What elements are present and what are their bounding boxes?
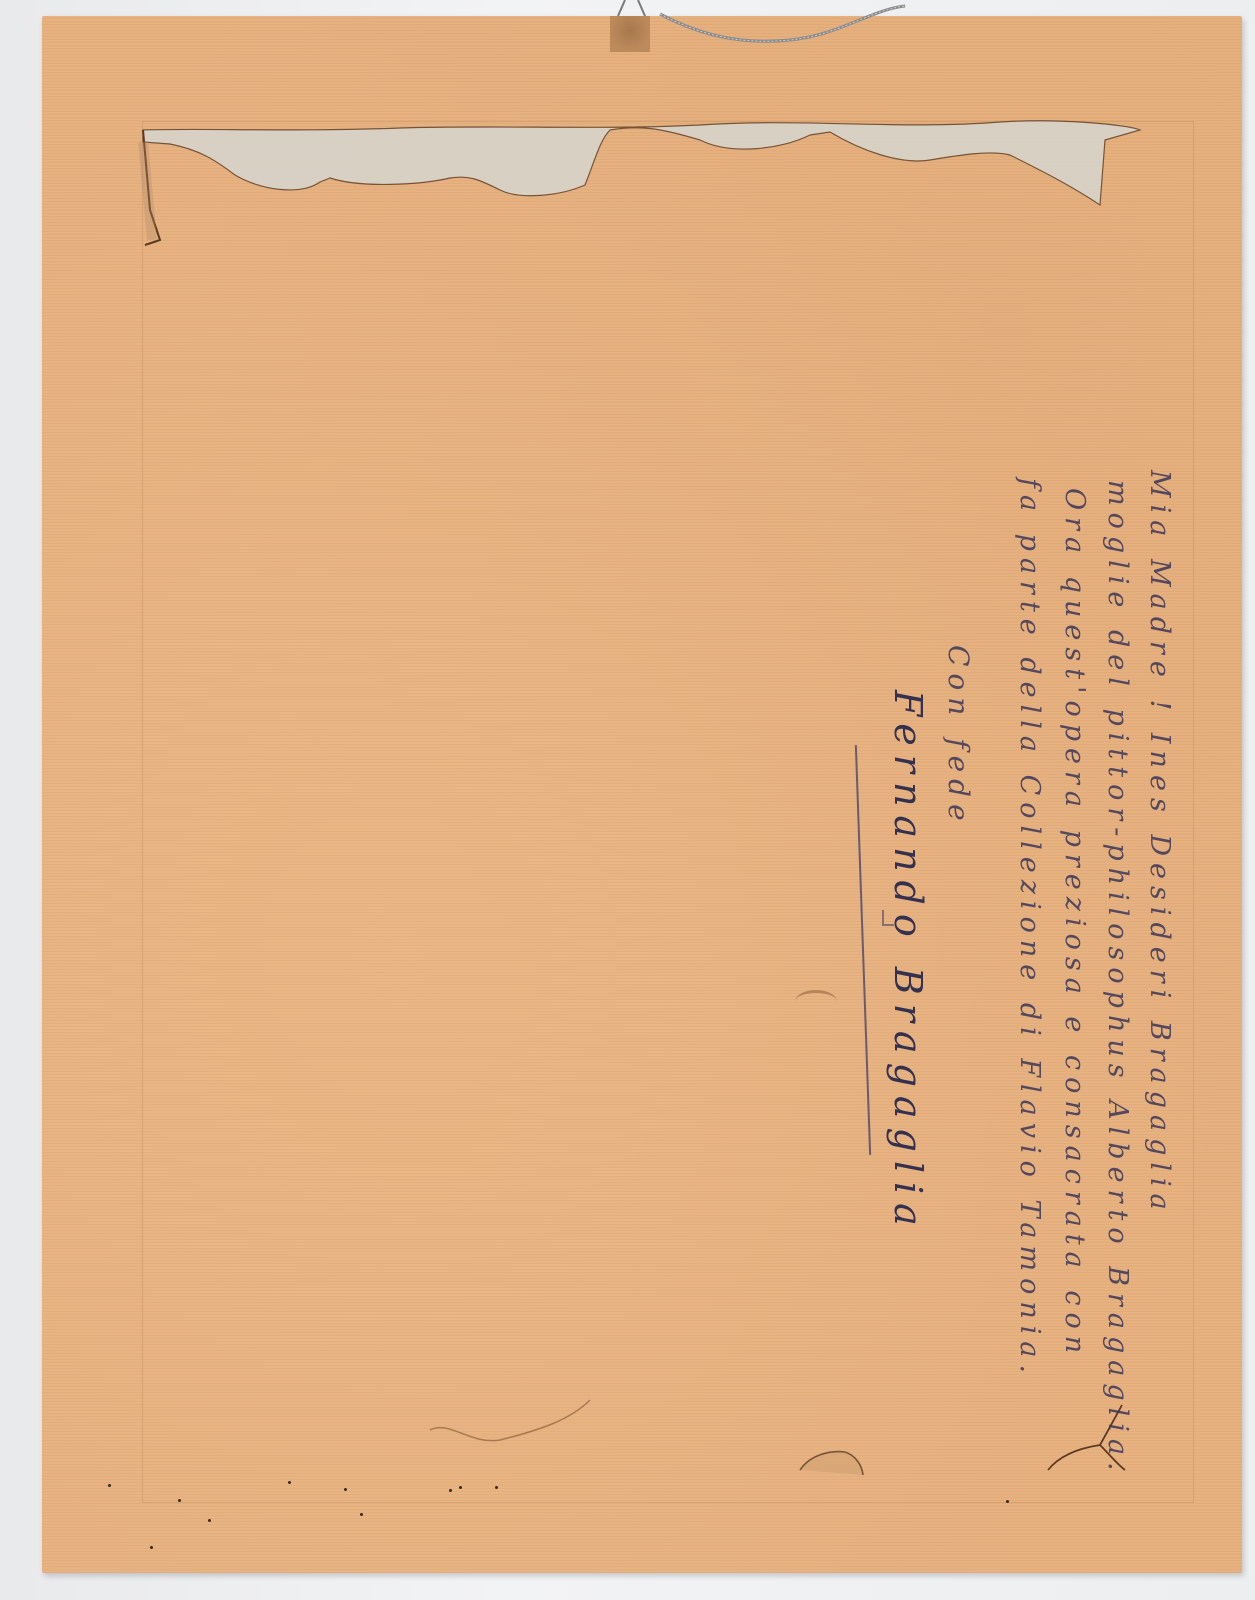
frame-impression (142, 121, 1194, 1503)
pencil-mark (795, 990, 837, 1013)
backing-board (42, 16, 1242, 1573)
hanging-wire-icon (0, 0, 1255, 60)
signature-flourish (882, 910, 894, 926)
